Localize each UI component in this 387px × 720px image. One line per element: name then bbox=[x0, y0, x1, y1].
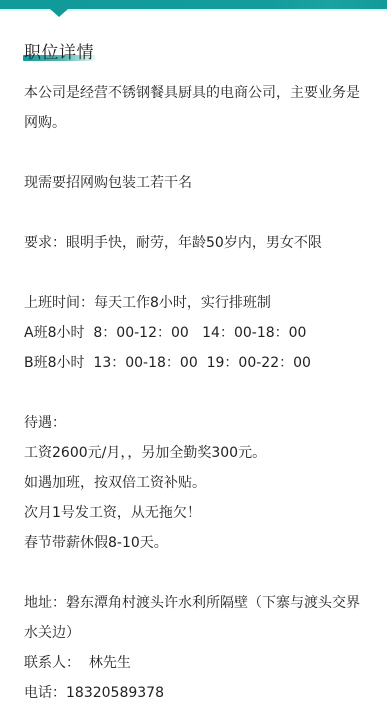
benefits-label: 待遇： bbox=[24, 408, 369, 438]
salary: 工资2600元/月，，另加全勤奖300元。 bbox=[24, 438, 369, 468]
shift-a: A班8小时 8：00-12：00 14：00-18：00 bbox=[24, 318, 369, 348]
job-description: 本公司是经营不锈钢餐具厨具的电商公司，主要业务是网购。 现需要招网购包装工若干名… bbox=[24, 78, 369, 708]
payday: 次月1号发工资，从无拖欠！ bbox=[24, 498, 369, 528]
address: 地址：磐东潭角村渡头许水利所隔壁（下寨与渡头交界水关边） bbox=[24, 588, 369, 648]
tab-pointer-indicator bbox=[50, 9, 68, 17]
top-header-bar bbox=[0, 0, 387, 9]
requirements: 要求：眼明手快，耐劳，年龄50岁内，男女不限 bbox=[24, 228, 369, 258]
overtime-pay: 如遇加班，按双倍工资补贴。 bbox=[24, 468, 369, 498]
section-title: 职位详情 bbox=[24, 38, 94, 63]
phone-number[interactable]: 电话：18320589378 bbox=[24, 678, 369, 708]
schedule-summary: 上班时间：每天工作8小时，实行排班制 bbox=[24, 288, 369, 318]
hiring-info: 现需要招网购包装工若干名 bbox=[24, 168, 369, 198]
holiday: 春节带薪休假8-10天。 bbox=[24, 528, 369, 558]
contact-person: 联系人： 林先生 bbox=[24, 648, 369, 678]
company-intro: 本公司是经营不锈钢餐具厨具的电商公司，主要业务是网购。 bbox=[24, 78, 369, 138]
shift-b: B班8小时 13：00-18：00 19：00-22：00 bbox=[24, 348, 369, 378]
